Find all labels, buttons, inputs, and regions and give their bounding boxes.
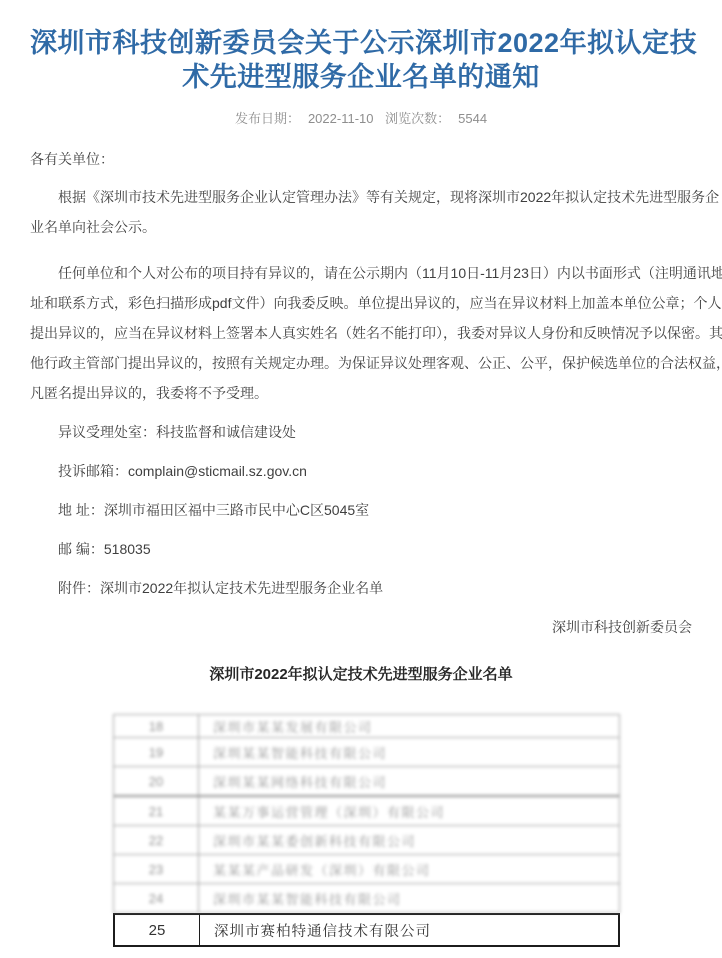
row-number-cell: 24 — [114, 884, 199, 912]
contact-label: 邮 编： — [58, 541, 104, 557]
paragraph-line: 凡匿名提出异议的，我委将不予受理。 — [30, 378, 692, 408]
salutation: 各有关单位： — [30, 144, 692, 174]
roster-table-obscured-rows: 18 深圳市某某发展有限公司 19 深圳某某智能科技有限公司 20 深圳某某网络… — [113, 714, 620, 913]
notice-document: 深圳市科技创新委员会关于公示深圳市2022年拟认定技 术先进型服务企业名单的通知… — [0, 0, 722, 947]
row-number-cell: 25 — [115, 915, 200, 945]
page-title: 深圳市科技创新委员会关于公示深圳市2022年拟认定技 术先进型服务企业名单的通知 — [30, 26, 692, 94]
publish-meta: 发布日期：2022-11-10 浏览次数：5544 — [30, 110, 692, 128]
table-row: 21 某某万事运营管理（深圳）有限公司 — [114, 797, 619, 826]
contact-label: 投诉邮箱： — [58, 463, 128, 479]
paragraph-line: 业名单向社会公示。 — [30, 212, 692, 242]
company-name-cell: 深圳市某某委创新科技有限公司 — [199, 826, 619, 854]
paragraph-line: 提出异议的，应当在异议材料上签署本人真实姓名（姓名不能打印），我委对异议人身份和… — [30, 318, 692, 348]
row-number-cell: 21 — [114, 797, 199, 825]
contact-email-value: complain@sticmail.sz.gov.cn — [128, 463, 307, 479]
contact-complaint-email: 投诉邮箱：complain@sticmail.sz.gov.cn — [30, 456, 692, 486]
paragraph-line: 根据《深圳市技术先进型服务企业认定管理办法》等有关规定，现将深圳市2022年拟认… — [30, 182, 692, 212]
attachment-title: 深圳市2022年拟认定技术先进型服务企业名单 — [30, 660, 692, 690]
contact-value: 科技监督和诚信建设处 — [156, 424, 296, 440]
publish-date-label: 发布日期： — [235, 111, 300, 126]
paragraph-objection-rules: 任何单位和个人对公布的项目持有异议的，请在公示期内（11月10日-11月23日）… — [30, 258, 692, 408]
attachment-reference: 附件：深圳市2022年拟认定技术先进型服务企业名单 — [30, 573, 692, 603]
roster-table: 18 深圳市某某发展有限公司 19 深圳某某智能科技有限公司 20 深圳某某网络… — [113, 714, 620, 947]
page-title-line-2: 术先进型服务企业名单的通知 — [30, 60, 692, 94]
company-name-cell: 深圳某某智能科技有限公司 — [199, 738, 619, 766]
paragraph-basis: 根据《深圳市技术先进型服务企业认定管理办法》等有关规定，现将深圳市2022年拟认… — [30, 182, 692, 242]
company-name-cell: 某某万事运营管理（深圳）有限公司 — [199, 797, 619, 825]
row-number-cell: 19 — [114, 738, 199, 766]
table-row: 20 深圳某某网络科技有限公司 — [114, 767, 619, 797]
row-number-cell: 20 — [114, 767, 199, 795]
row-number-cell: 22 — [114, 826, 199, 854]
table-row: 22 深圳市某某委创新科技有限公司 — [114, 826, 619, 855]
table-row: 18 深圳市某某发展有限公司 — [114, 715, 619, 738]
page-title-line-1: 深圳市科技创新委员会关于公示深圳市2022年拟认定技 — [30, 26, 692, 60]
company-name-cell: 深圳市赛柏特通信技术有限公司 — [200, 915, 618, 945]
row-number-cell: 23 — [114, 855, 199, 883]
company-name-cell: 深圳市某某发展有限公司 — [199, 715, 619, 737]
contact-label: 附件： — [58, 580, 100, 596]
signoff-agency: 深圳市科技创新委员会 — [30, 612, 692, 642]
contact-label: 地 址： — [58, 502, 104, 518]
company-name-cell: 深圳市某某智能科技有限公司 — [199, 884, 619, 912]
views-label: 浏览次数： — [385, 111, 450, 126]
contact-label: 异议受理处室： — [58, 424, 156, 440]
row-number-cell: 18 — [114, 715, 199, 737]
contact-value: 深圳市2022年拟认定技术先进型服务企业名单 — [100, 580, 383, 596]
highlighted-table-row: 25 深圳市赛柏特通信技术有限公司 — [113, 913, 620, 947]
publish-date-value: 2022-11-10 — [308, 111, 374, 126]
company-name-cell: 某某某产品研发（深圳）有限公司 — [199, 855, 619, 883]
company-name-cell: 深圳某某网络科技有限公司 — [199, 767, 619, 795]
paragraph-line: 他行政主管部门提出异议的，按照有关规定办理。为保证异议处理客观、公正、公平，保护… — [30, 348, 692, 378]
views-value: 5544 — [458, 111, 487, 126]
contact-value: 深圳市福田区福中三路市民中心C区5045室 — [104, 502, 369, 518]
paragraph-line: 址和联系方式，彩色扫描形成pdf文件）向我委反映。单位提出异议的，应当在异议材料… — [30, 288, 692, 318]
contact-objection-office: 异议受理处室：科技监督和诚信建设处 — [30, 417, 692, 447]
contact-value: 518035 — [104, 541, 151, 557]
paragraph-line: 任何单位和个人对公布的项目持有异议的，请在公示期内（11月10日-11月23日）… — [30, 258, 692, 288]
contact-address: 地 址：深圳市福田区福中三路市民中心C区5045室 — [30, 495, 692, 525]
contact-postcode: 邮 编：518035 — [30, 534, 692, 564]
table-row: 24 深圳市某某智能科技有限公司 — [114, 884, 619, 913]
table-row: 19 深圳某某智能科技有限公司 — [114, 738, 619, 767]
table-row: 23 某某某产品研发（深圳）有限公司 — [114, 855, 619, 884]
